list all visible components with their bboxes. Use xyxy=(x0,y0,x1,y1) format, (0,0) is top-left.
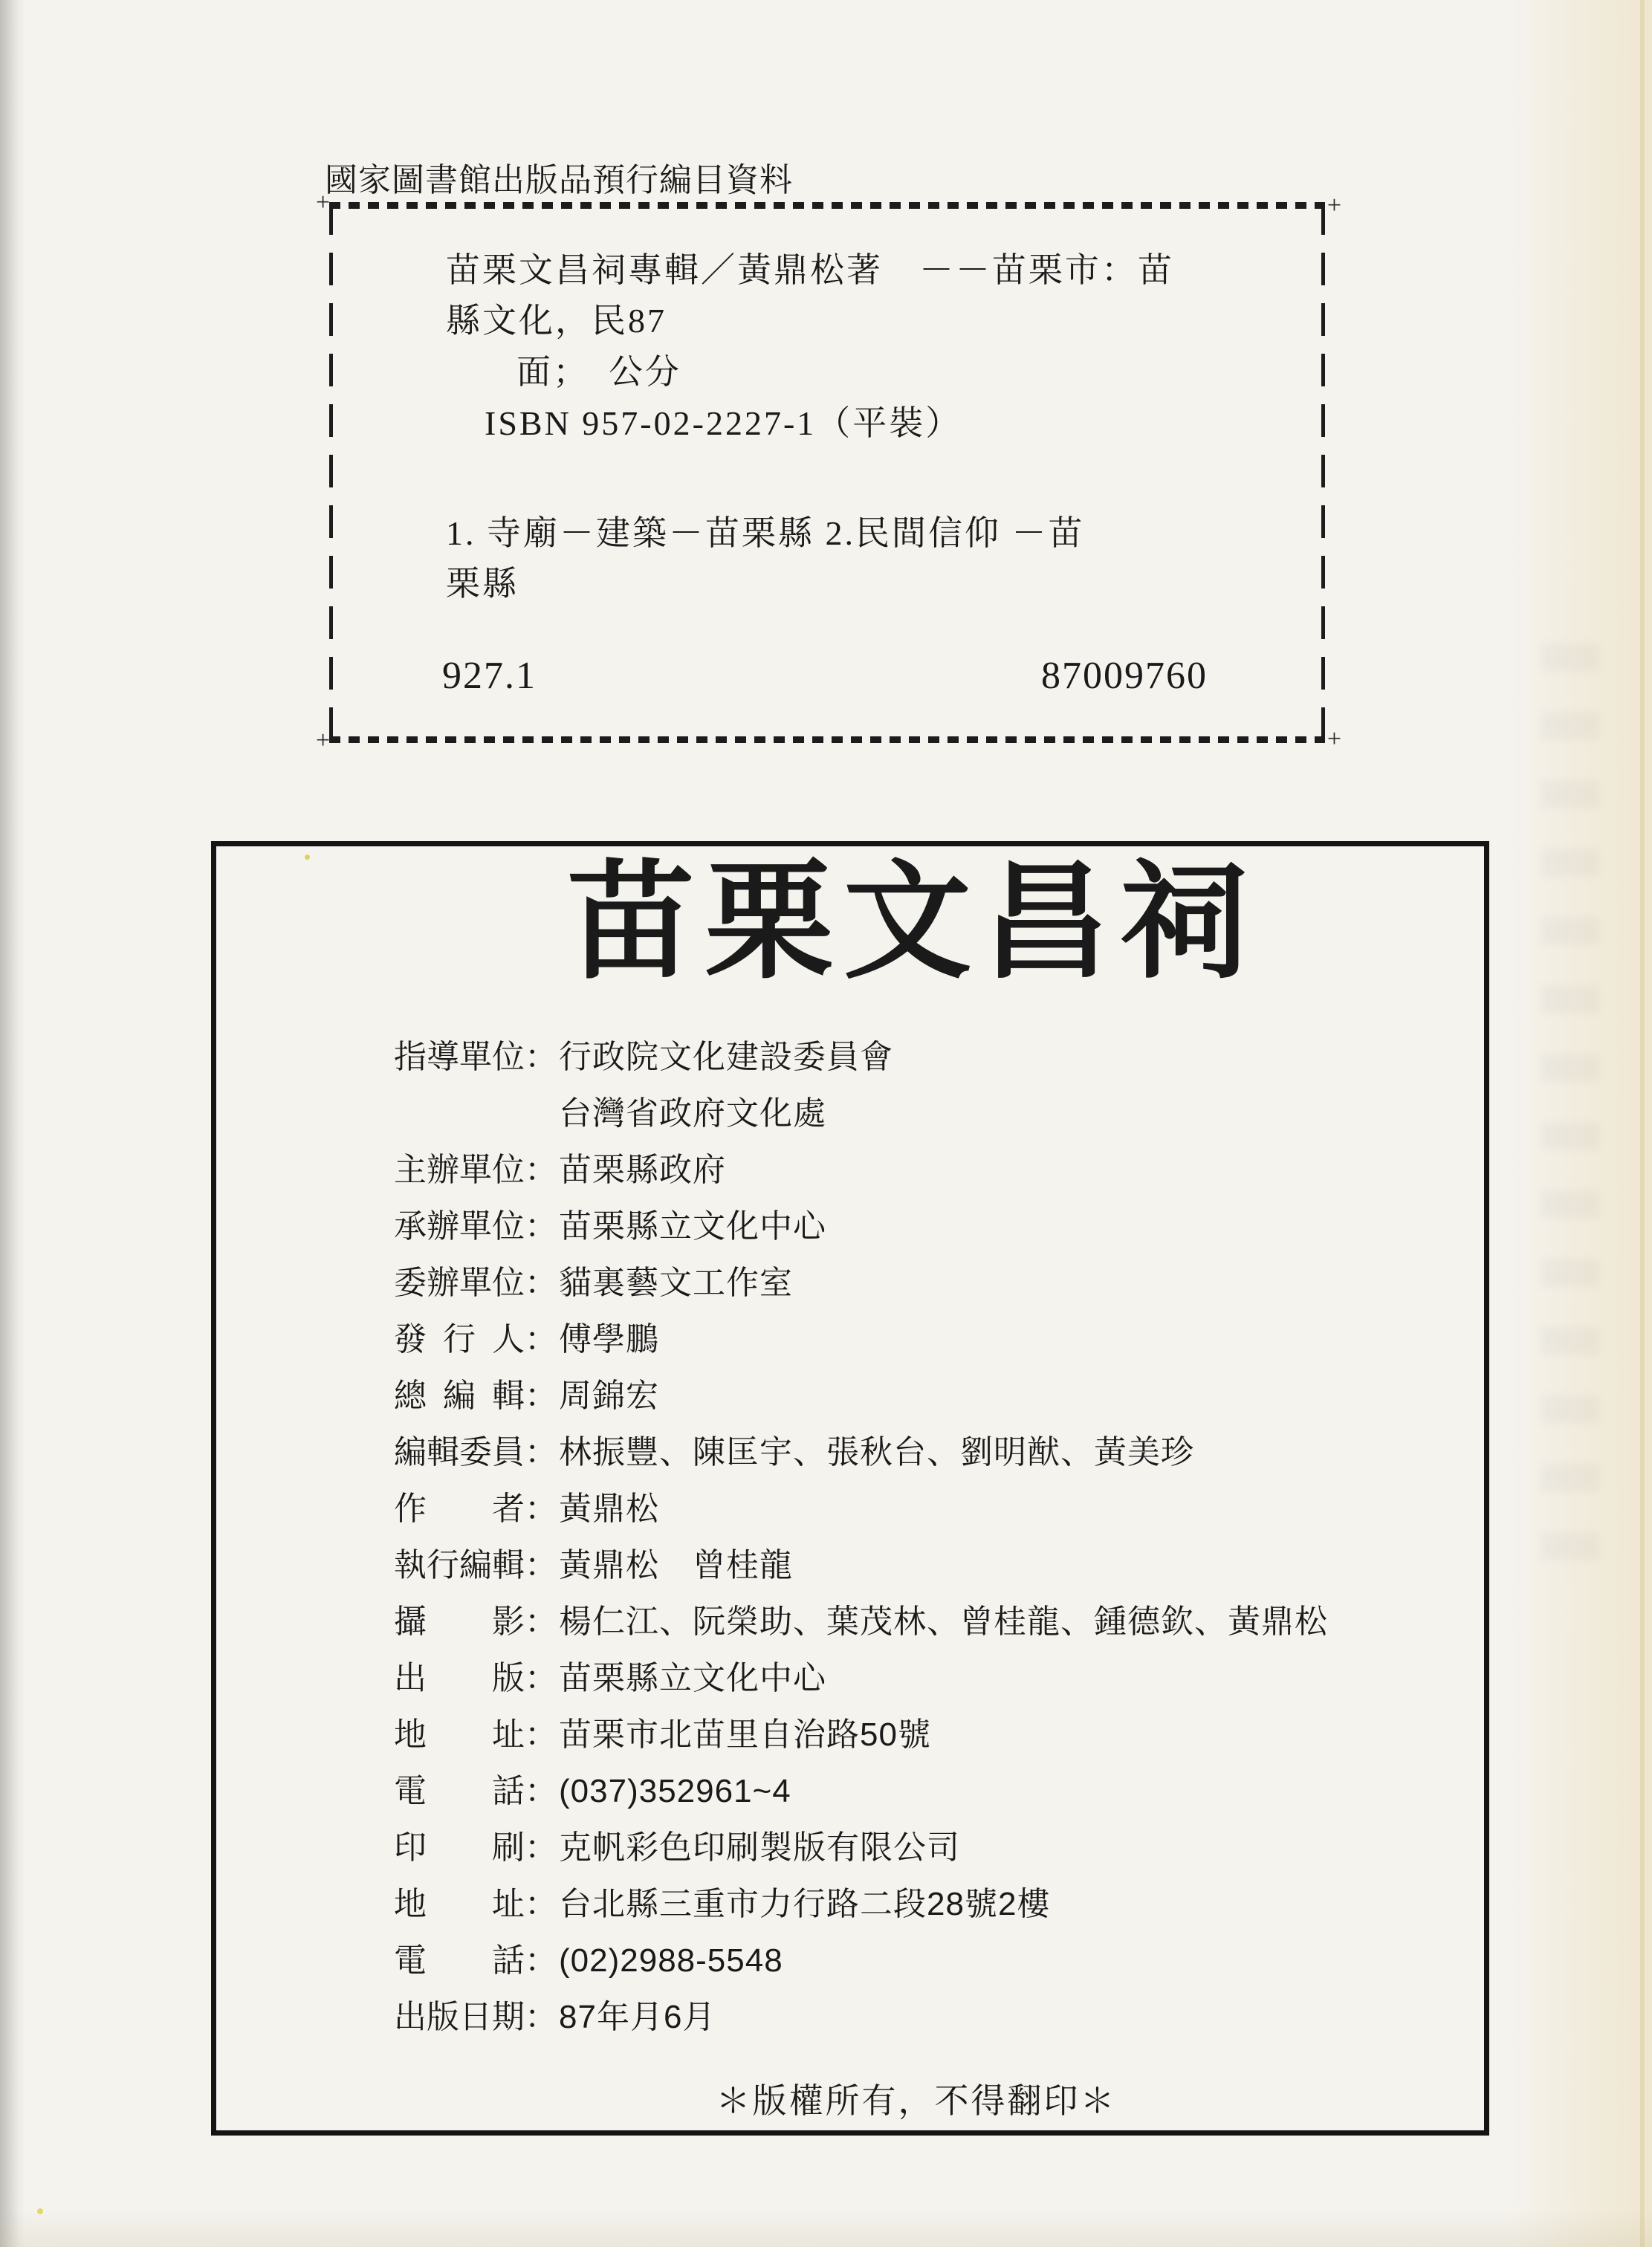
credit-label: 主辦單位 xyxy=(394,1142,525,1199)
registration-mark: + xyxy=(316,728,330,753)
credits-list: 指導單位：行政院文化建設委員會台灣省政府文化處主辦單位：苗栗縣政府承辦單位：苗栗… xyxy=(394,1029,1328,2046)
cip-box-border-left xyxy=(329,202,333,743)
credit-row: 出版：苗栗縣立文化中心 xyxy=(394,1650,1328,1707)
registration-mark: + xyxy=(1327,727,1341,752)
credit-label: 作者 xyxy=(394,1481,525,1537)
scanned-colophon-page: { "scan": { "paper_color": "#f5f3ee", "i… xyxy=(0,0,1652,2247)
credit-separator: ： xyxy=(525,1707,559,1763)
credit-value: 行政院文化建設委員會 xyxy=(559,1039,893,1075)
credit-value: (02)2988-5548 xyxy=(559,1942,783,1979)
credit-row: 台灣省政府文化處 xyxy=(394,1086,1328,1142)
colophon-box: 苗栗文昌祠 指導單位：行政院文化建設委員會台灣省政府文化處主辦單位：苗栗縣政府承… xyxy=(211,841,1489,2136)
credit-separator: ： xyxy=(525,1368,559,1424)
credit-value: 周錦宏 xyxy=(559,1378,659,1414)
credit-value: 楊仁江、阮榮助、葉茂林、曾桂龍、鍾德欽、黃鼎松 xyxy=(559,1604,1328,1640)
credit-value: 苗栗縣立文化中心 xyxy=(559,1660,826,1696)
credit-value: (037)352961~4 xyxy=(559,1773,791,1809)
credit-value: 87年月6月 xyxy=(559,1999,716,2035)
credit-label: 印刷 xyxy=(394,1820,525,1876)
credit-row: 作者：黃鼎松 xyxy=(394,1481,1328,1537)
credit-row: 地址：苗栗市北苗里自治路50號 xyxy=(394,1707,1328,1763)
credit-separator: ： xyxy=(525,1199,559,1255)
credit-separator: ： xyxy=(525,1255,559,1311)
scan-bottom-edge-shadow xyxy=(0,2210,1652,2247)
credit-separator: ： xyxy=(525,1763,559,1820)
credit-label: 電話 xyxy=(394,1933,525,1989)
credit-value: 苗栗市北苗里自治路50號 xyxy=(559,1716,931,1753)
cip-title-statement-line-1: 苗栗文昌祠專輯／黃鼎松著 －－苗栗市：苗 xyxy=(446,251,1174,291)
credit-row: 出版日期：87年月6月 xyxy=(394,1989,1328,2046)
cip-box: + + + + 苗栗文昌祠專輯／黃鼎松著 －－苗栗市：苗 縣文化，民87 面； … xyxy=(329,202,1325,743)
credit-value: 克帆彩色印刷製版有限公司 xyxy=(559,1829,960,1866)
credit-separator: ： xyxy=(525,1876,559,1933)
credit-label: 攝影 xyxy=(394,1594,525,1650)
credit-value: 苗栗縣政府 xyxy=(559,1152,726,1188)
cip-title-statement-line-2: 縣文化，民87 xyxy=(446,302,667,341)
credit-label: 承辦單位 xyxy=(394,1199,525,1255)
credit-separator: ： xyxy=(525,1481,559,1537)
book-title: 苗栗文昌祠 xyxy=(567,860,1258,988)
scan-speck xyxy=(37,2208,43,2214)
credit-row: 攝影：楊仁江、阮榮助、葉茂林、曾桂龍、鍾德欽、黃鼎松 xyxy=(394,1594,1328,1650)
credit-label: 地址 xyxy=(394,1707,525,1763)
cip-collation-line: 面； 公分 xyxy=(516,353,681,392)
credit-label: 電話 xyxy=(394,1763,525,1820)
cip-isbn-line: ISBN 957-02-2227-1（平裝） xyxy=(485,404,962,444)
cip-box-border-top xyxy=(329,202,1325,209)
credit-value: 台灣省政府文化處 xyxy=(559,1095,826,1132)
credit-row: 委辦單位：貓裏藝文工作室 xyxy=(394,1255,1328,1311)
credit-value: 黃鼎松 xyxy=(559,1491,659,1527)
credit-label: 地址 xyxy=(394,1876,525,1933)
credit-label: 委辦單位 xyxy=(394,1255,525,1311)
credit-separator: ： xyxy=(525,1537,559,1594)
credit-separator: ： xyxy=(525,1820,559,1876)
cip-box-border-right xyxy=(1321,202,1325,743)
credit-value: 台北縣三重市力行路二段28號2樓 xyxy=(559,1886,1050,1922)
credit-row: 承辦單位：苗栗縣立文化中心 xyxy=(394,1199,1328,1255)
credit-label: 發行人 xyxy=(394,1311,525,1368)
credit-value: 黃鼎松 曾桂龍 xyxy=(559,1547,793,1583)
credit-separator: ： xyxy=(525,1594,559,1650)
credit-row: 電話：(02)2988-5548 xyxy=(394,1933,1328,1989)
scan-left-edge-shadow xyxy=(0,0,25,2247)
credit-row: 指導單位：行政院文化建設委員會 xyxy=(394,1029,1328,1086)
copyright-notice: ＊版權所有，不得翻印＊ xyxy=(216,2074,1484,2123)
credit-separator: ： xyxy=(525,1989,559,2046)
registration-mark: + xyxy=(316,190,330,215)
credit-separator: ： xyxy=(525,1029,559,1086)
credit-value: 貓裏藝文工作室 xyxy=(559,1265,793,1301)
credit-label: 出版日期 xyxy=(394,1989,525,2046)
credit-row: 編輯委員：林振豐、陳匡宇、張秋台、劉明猷、黃美珍 xyxy=(394,1424,1328,1481)
credit-row: 發行人：傅學鵬 xyxy=(394,1311,1328,1368)
cip-header: 國家圖書館出版品預行編目資料 xyxy=(325,153,793,201)
credit-separator: ： xyxy=(525,1933,559,1989)
credit-row: 執行編輯：黃鼎松 曾桂龍 xyxy=(394,1537,1328,1594)
credit-label: 出版 xyxy=(394,1650,525,1707)
credit-value: 林振豐、陳匡宇、張秋台、劉明猷、黃美珍 xyxy=(559,1434,1194,1471)
credit-label: 指導單位 xyxy=(394,1029,525,1086)
credit-value: 傅學鵬 xyxy=(559,1321,659,1358)
credit-row: 主辦單位：苗栗縣政府 xyxy=(394,1142,1328,1199)
scan-right-edge-streak xyxy=(1640,0,1645,2247)
credit-separator: ： xyxy=(525,1142,559,1199)
cip-box-border-bottom xyxy=(329,736,1325,743)
cip-subject-line-1: 1. 寺廟－建築－苗栗縣 2.民間信仰 －苗 xyxy=(446,514,1085,554)
credit-separator: ： xyxy=(525,1311,559,1368)
credit-row: 總編輯：周錦宏 xyxy=(394,1368,1328,1424)
credit-row: 電話：(037)352961~4 xyxy=(394,1763,1328,1820)
scan-bleedthrough-marks xyxy=(1541,632,1600,1560)
cip-subject-line-2: 栗縣 xyxy=(446,565,519,604)
registration-mark: + xyxy=(1327,193,1341,218)
credit-row: 印刷：克帆彩色印刷製版有限公司 xyxy=(394,1820,1328,1876)
credit-separator: ： xyxy=(525,1424,559,1481)
credit-label: 編輯委員 xyxy=(394,1424,525,1481)
cip-record-number: 87009760 xyxy=(1041,654,1208,698)
credit-value: 苗栗縣立文化中心 xyxy=(559,1208,826,1245)
credit-row: 地址：台北縣三重市力行路二段28號2樓 xyxy=(394,1876,1328,1933)
cip-classification-number: 927.1 xyxy=(442,654,537,698)
credit-label: 總編輯 xyxy=(394,1368,525,1424)
credit-separator: ： xyxy=(525,1650,559,1707)
credit-label: 執行編輯 xyxy=(394,1537,525,1594)
